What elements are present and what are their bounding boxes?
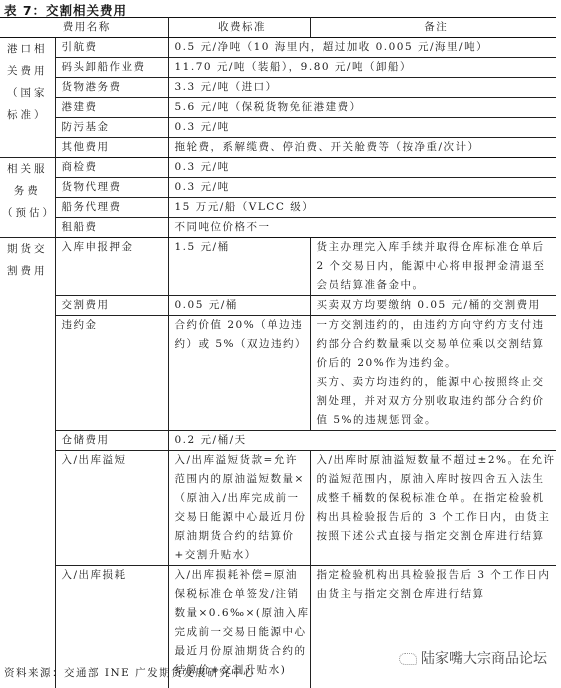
fee-standard: 15 万元/船（VLCC 级） bbox=[168, 198, 556, 218]
fee-standard: 11.70 元/吨（装船），9.80 元/吨（卸船） bbox=[168, 58, 556, 78]
table-row: 租船费 不同吨位价格不一 bbox=[0, 218, 556, 238]
fee-note: 买卖双方均要缴纳 0.05 元/桶的交割费用 bbox=[310, 296, 556, 316]
fee-item: 交割费用 bbox=[55, 296, 168, 316]
table-row: 其他费用 拖轮费，系解缆费、停泊费、开关舱费等（按净重/次计） bbox=[0, 138, 556, 158]
group-label-port-fees: 港口相关费用（国家标准） bbox=[0, 38, 55, 158]
fee-standard: 不同吨位价格不一 bbox=[168, 218, 556, 238]
table-row: 仓储费用 0.2 元/桶/天 bbox=[0, 431, 556, 451]
fee-note: 一方交割违约的，由违约方向守约方支付违约部分合约数量乘以交易单位乘以交割结算价后… bbox=[310, 316, 556, 431]
table-header-row: 费用名称 收费标准 备注 bbox=[0, 18, 556, 38]
fee-item: 仓储费用 bbox=[55, 431, 168, 451]
table-row: 交割费用 0.05 元/桶 买卖双方均要缴纳 0.05 元/桶的交割费用 bbox=[0, 296, 556, 316]
fee-standard: 5.6 元/吨（保税货物免征港建费） bbox=[168, 98, 556, 118]
group-label-futures-delivery-fees: 期货交割费用 bbox=[0, 238, 55, 688]
fee-standard: 1.5 元/桶 bbox=[168, 238, 310, 296]
table-row: 防污基金 0.3 元/吨 bbox=[0, 118, 556, 138]
fee-item: 货物代理费 bbox=[55, 178, 168, 198]
watermark: 陆家嘴大宗商品论坛 bbox=[395, 648, 551, 668]
header-note: 备注 bbox=[310, 18, 556, 38]
fee-standard: 拖轮费，系解缆费、停泊费、开关舱费等（按净重/次计） bbox=[168, 138, 556, 158]
fee-standard: 3.3 元/吨（进口） bbox=[168, 78, 556, 98]
table-row: 货物代理费 0.3 元/吨 bbox=[0, 178, 556, 198]
table-row: 港口相关费用（国家标准） 引航费 0.5 元/净吨（10 海里内，超过加收 0.… bbox=[0, 38, 556, 58]
fee-item: 码头卸船作业费 bbox=[55, 58, 168, 78]
header-fee-name: 费用名称 bbox=[0, 18, 168, 38]
fee-item: 违约金 bbox=[55, 316, 168, 431]
fee-note: 指定检验机构出具检验报告后 3 个工作日内由货主与指定交割仓库进行结算 bbox=[310, 566, 556, 688]
table-row: 货物港务费 3.3 元/吨（进口） bbox=[0, 78, 556, 98]
fee-item: 引航费 bbox=[55, 38, 168, 58]
header-standard: 收费标准 bbox=[168, 18, 310, 38]
table-row: 期货交割费用 入库申报押金 1.5 元/桶 货主办理完入库手续并取得仓库标准仓单… bbox=[0, 238, 556, 296]
fee-standard: 0.2 元/桶/天 bbox=[168, 431, 556, 451]
fee-standard: 0.3 元/吨 bbox=[168, 118, 556, 138]
fee-item: 货物港务费 bbox=[55, 78, 168, 98]
table-row: 码头卸船作业费 11.70 元/吨（装船），9.80 元/吨（卸船） bbox=[0, 58, 556, 78]
fee-item: 防污基金 bbox=[55, 118, 168, 138]
watermark-text: 陆家嘴大宗商品论坛 bbox=[421, 651, 547, 667]
fee-item: 船务代理费 bbox=[55, 198, 168, 218]
fee-note-part-2: 买方、卖方均违约的，能源中心按照终止交割处理，并对双方分别收取违约部分合约价值 … bbox=[317, 373, 557, 430]
wechat-icon bbox=[399, 653, 417, 665]
fee-standard: 合约价值 20%（单边违约）或 5%（双边违约） bbox=[168, 316, 310, 431]
fee-item: 商检费 bbox=[55, 158, 168, 178]
fee-note: 货主办理完入库手续并取得仓库标准仓单后 2 个交易日内，能源中心将申报押金清退至… bbox=[310, 238, 556, 296]
fee-standard: 0.5 元/净吨（10 海里内，超过加收 0.005 元/海里/吨） bbox=[168, 38, 556, 58]
fee-item: 其他费用 bbox=[55, 138, 168, 158]
table-row: 违约金 合约价值 20%（单边违约）或 5%（双边违约） 一方交割违约的，由违约… bbox=[0, 316, 556, 431]
table-row: 港建费 5.6 元/吨（保税货物免征港建费） bbox=[0, 98, 556, 118]
fee-standard: 0.05 元/桶 bbox=[168, 296, 310, 316]
fee-standard: 0.3 元/吨 bbox=[168, 178, 556, 198]
table-row: 入/出库溢短 入/出库溢短货款=允许范围内的原油溢短数量×（原油入/出库完成前一… bbox=[0, 451, 556, 566]
fee-item: 租船费 bbox=[55, 218, 168, 238]
fee-note: 入/出库时原油溢短数量不超过±2%。在允许的溢短范围内，原油入库时按四舍五入法生… bbox=[310, 451, 556, 566]
fee-item: 入/出库溢短 bbox=[55, 451, 168, 566]
fee-item: 入库申报押金 bbox=[55, 238, 168, 296]
table-row: 相关服务费（预估） 商检费 0.3 元/吨 bbox=[0, 158, 556, 178]
table-row: 船务代理费 15 万元/船（VLCC 级） bbox=[0, 198, 556, 218]
source-note: 资料来源：交通部 INE 广发期货发展研究中心 bbox=[4, 665, 255, 680]
group-label-service-fees: 相关服务费（预估） bbox=[0, 158, 55, 238]
delivery-fee-table: 费用名称 收费标准 备注 港口相关费用（国家标准） 引航费 0.5 元/净吨（1… bbox=[0, 17, 556, 688]
fee-note-part-1: 一方交割违约的，由违约方向守约方支付违约部分合约数量乘以交易单位乘以交割结算价后… bbox=[317, 316, 557, 373]
fee-standard: 入/出库溢短货款=允许范围内的原油溢短数量×（原油入/出库完成前一交易日能源中心… bbox=[168, 451, 310, 566]
fee-standard: 0.3 元/吨 bbox=[168, 158, 556, 178]
fee-item: 港建费 bbox=[55, 98, 168, 118]
